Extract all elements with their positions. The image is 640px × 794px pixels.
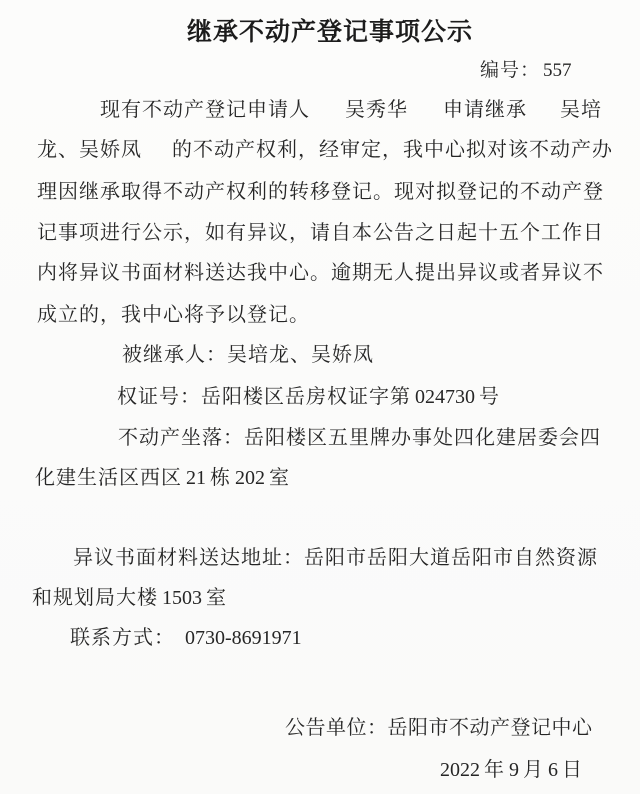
notice-paragraph-line-4: 记事项进行公示，如有异议，请自本公告之日起十五个工作日 — [37, 221, 604, 245]
notice-paragraph-line-6: 成立的，我中心将予以登记。 — [37, 303, 310, 327]
decedents-value: 吴培龙、吴娇凤 — [227, 344, 374, 366]
notice-paragraph-line-3: 理因继承取得不动产权利的转移登记。现对拟登记的不动产登 — [37, 180, 604, 204]
notice-paragraph-line-1: 现有不动产登记申请人 吴秀华 申请继承 吴培 — [0, 98, 640, 122]
decedents-name-end: 龙、吴娇凤 — [37, 138, 142, 162]
contact-label: 联系方式： — [70, 627, 175, 649]
decedents-name-start: 吴培 — [560, 98, 602, 122]
certificate-suffix: 号 — [479, 386, 500, 408]
notice-document: 继承不动产登记事项公示 编号：557 现有不动产登记申请人 吴秀华 申请继承 吴… — [0, 0, 640, 794]
notice-verb: 申请继承 — [443, 98, 527, 122]
objection-address-value-line-1: 岳阳市岳阳大道岳阳市自然资源 — [304, 547, 598, 569]
decedents-label: 被继承人： — [122, 344, 227, 366]
document-title: 继承不动产登记事项公示 — [187, 17, 473, 47]
issuer-label: 公告单位： — [285, 717, 388, 739]
certificate-prefix: 岳阳楼区岳房权证字第 — [201, 386, 411, 408]
notice-text: 现有不动产登记申请人 — [100, 98, 310, 122]
issuer-name: 岳阳市不动产登记中心 — [388, 717, 593, 739]
applicant-name: 吴秀华 — [345, 98, 408, 122]
objection-room-unit: 室 — [206, 587, 227, 609]
building-unit: 栋 — [210, 467, 231, 489]
location-value-line-1: 岳阳楼区五里牌办事处四化建居委会四 — [244, 427, 601, 449]
objection-room-number: 1503 — [162, 587, 202, 609]
contact-phone: 0730-8691971 — [185, 627, 302, 649]
location-value-line-2: 化建生活区西区 — [35, 467, 182, 489]
objection-address-label: 异议书面材料送达地址： — [73, 547, 304, 569]
room-unit: 室 — [269, 467, 290, 489]
contact-field: 联系方式：0730-8691971 — [70, 626, 302, 650]
certificate-field: 权证号：岳阳楼区岳房权证字第024730号 — [117, 385, 500, 409]
issuer-field: 公告单位：岳阳市不动产登记中心 — [285, 716, 593, 740]
notice-text: 的不动产权利，经审定，我中心拟对该不动产办 — [172, 138, 613, 162]
issue-date: 2022年9月6日 — [440, 758, 583, 782]
certificate-label: 权证号： — [117, 386, 201, 408]
date-year: 2022 — [440, 759, 480, 781]
notice-paragraph-line-5: 内将异议书面材料送达我中心。逾期无人提出异议或者异议不 — [37, 261, 604, 285]
document-number: 编号：557 — [480, 59, 575, 83]
building-number: 21 — [186, 467, 206, 489]
date-day: 6 — [548, 759, 558, 781]
date-year-unit: 年 — [484, 759, 505, 781]
date-day-unit: 日 — [562, 759, 583, 781]
location-field-line-1: 不动产坐落：岳阳楼区五里牌办事处四化建居委会四 — [118, 426, 601, 450]
room-number: 202 — [235, 467, 265, 489]
decedents-field: 被继承人：吴培龙、吴娇凤 — [122, 343, 374, 367]
certificate-number: 024730 — [415, 386, 475, 408]
location-label: 不动产坐落： — [118, 427, 244, 449]
objection-address-value-line-2: 和规划局大楼 — [32, 587, 158, 609]
location-field-line-2: 化建生活区西区21栋202室 — [35, 466, 290, 490]
objection-address-line-1: 异议书面材料送达地址：岳阳市岳阳大道岳阳市自然资源 — [73, 546, 598, 570]
document-number-value: 557 — [543, 60, 572, 81]
notice-paragraph-line-2: 龙、吴娇凤 的不动产权利，经审定，我中心拟对该不动产办 — [0, 138, 640, 162]
objection-address-line-2: 和规划局大楼1503室 — [32, 586, 227, 610]
document-number-label: 编号： — [480, 60, 540, 81]
date-month-unit: 月 — [523, 759, 544, 781]
date-month: 9 — [509, 759, 519, 781]
